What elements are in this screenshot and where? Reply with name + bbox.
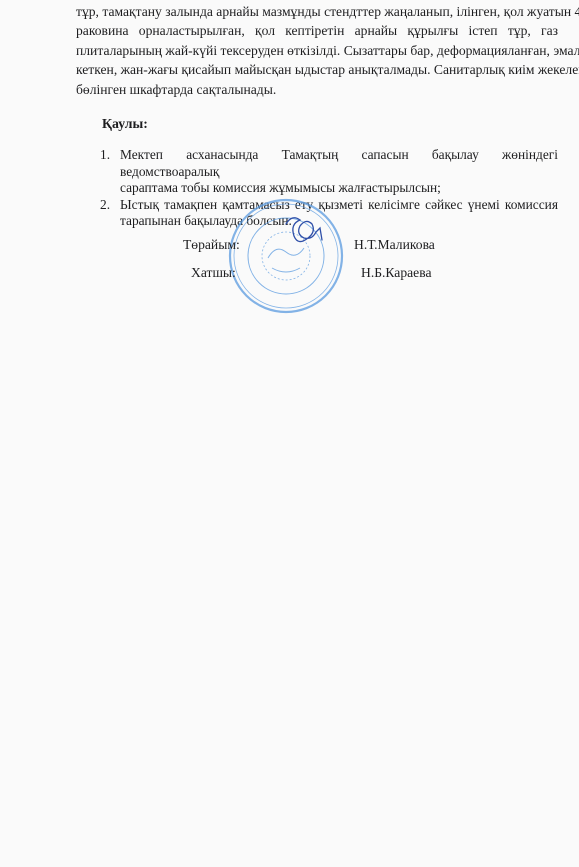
secretary-name: Н.Б.Караева bbox=[361, 265, 431, 281]
resolution-item: 1. Мектеп асханасында Тамақтың сапасын б… bbox=[100, 147, 558, 197]
paragraph-line: кеткен, жан-жағы қисайып майысқан ыдыста… bbox=[76, 60, 558, 79]
paragraph-line: раковина орналастырылған, қол кептіретін… bbox=[76, 21, 558, 40]
signature-icon bbox=[280, 210, 332, 252]
secretary-role: Хатшы: bbox=[191, 265, 236, 281]
document-page: тұр, тамақтану залында арнайы мазмұнды с… bbox=[0, 0, 579, 867]
resolution-heading: Қаулы: bbox=[102, 116, 148, 132]
paragraph-line: тұр, тамақтану залында арнайы мазмұнды с… bbox=[76, 2, 558, 21]
paragraph-line: бөлінген шкафтарда сақталынады. bbox=[76, 80, 558, 99]
item-text-line: Мектеп асханасында Тамақтың сапасын бақы… bbox=[120, 147, 558, 180]
body-paragraph: тұр, тамақтану залында арнайы мазмұнды с… bbox=[76, 2, 558, 99]
item-text-line: сараптама тобы комиссия жұмымысы жалғаст… bbox=[120, 180, 558, 197]
chairperson-role: Төрайым: bbox=[183, 237, 240, 253]
chairperson-name: Н.Т.Маликова bbox=[354, 237, 435, 253]
item-number: 2. bbox=[100, 197, 110, 214]
item-number: 1. bbox=[100, 147, 110, 164]
paragraph-line: плиталарының жай-күйі тексеруден өткізіл… bbox=[76, 41, 558, 60]
